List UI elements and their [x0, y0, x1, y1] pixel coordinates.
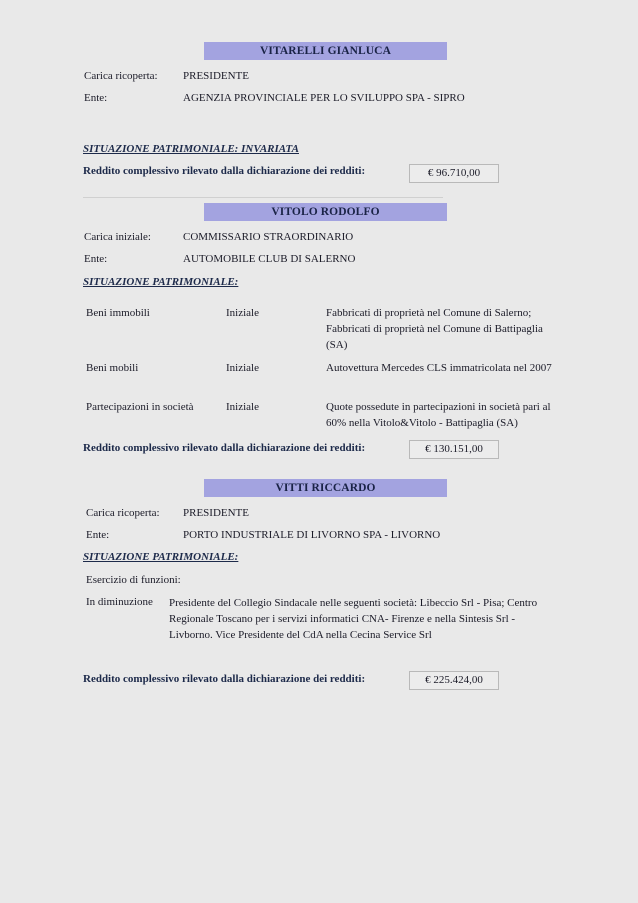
functions-label: Esercizio di funzioni:: [86, 574, 181, 586]
role-value: COMMISSARIO STRAORDINARIO: [183, 231, 353, 243]
entity-label: Ente:: [84, 253, 107, 265]
change-label: In diminuzione: [86, 596, 153, 608]
patrimony-title: SITUAZIONE PATRIMONIALE:: [83, 551, 238, 563]
section-divider: [83, 197, 443, 198]
asset-description: Autovettura Mercedes CLS immatricolata n…: [326, 360, 556, 376]
income-label: Reddito complessivo rilevato dalla dichi…: [83, 165, 365, 177]
person-name-header: VITTI RICCARDO: [204, 479, 447, 497]
patrimony-title: SITUAZIONE PATRIMONIALE: INVARIATA: [83, 143, 299, 155]
change-description: Presidente del Collegio Sindacale nelle …: [169, 595, 559, 643]
asset-status: Iniziale: [226, 360, 259, 376]
asset-description: Fabbricati di proprietà nel Comune di Sa…: [326, 305, 561, 353]
income-label: Reddito complessivo rilevato dalla dichi…: [83, 673, 365, 685]
asset-category: Beni mobili: [86, 360, 138, 376]
entity-value: AUTOMOBILE CLUB DI SALERNO: [183, 253, 355, 265]
asset-description: Quote possedute in partecipazioni in soc…: [326, 399, 566, 431]
role-value: PRESIDENTE: [183, 507, 249, 519]
income-label: Reddito complessivo rilevato dalla dichi…: [83, 442, 365, 454]
patrimony-title: SITUAZIONE PATRIMONIALE:: [83, 276, 238, 288]
role-label: Carica ricoperta:: [84, 70, 158, 82]
entity-label: Ente:: [84, 92, 107, 104]
role-label: Carica iniziale:: [84, 231, 151, 243]
income-value: € 130.151,00: [409, 440, 499, 459]
entity-value: AGENZIA PROVINCIALE PER LO SVILUPPO SPA …: [183, 92, 465, 104]
person-name-header: VITOLO RODOLFO: [204, 203, 447, 221]
role-label: Carica ricoperta:: [86, 507, 160, 519]
income-value: € 225.424,00: [409, 671, 499, 690]
person-name-header: VITARELLI GIANLUCA: [204, 42, 447, 60]
asset-category: Partecipazioni in società: [86, 399, 194, 415]
role-value: PRESIDENTE: [183, 70, 249, 82]
income-value: € 96.710,00: [409, 164, 499, 183]
asset-status: Iniziale: [226, 399, 259, 415]
asset-status: Iniziale: [226, 305, 259, 321]
asset-category: Beni immobili: [86, 305, 150, 321]
entity-value: PORTO INDUSTRIALE DI LIVORNO SPA - LIVOR…: [183, 529, 440, 541]
entity-label: Ente:: [86, 529, 109, 541]
